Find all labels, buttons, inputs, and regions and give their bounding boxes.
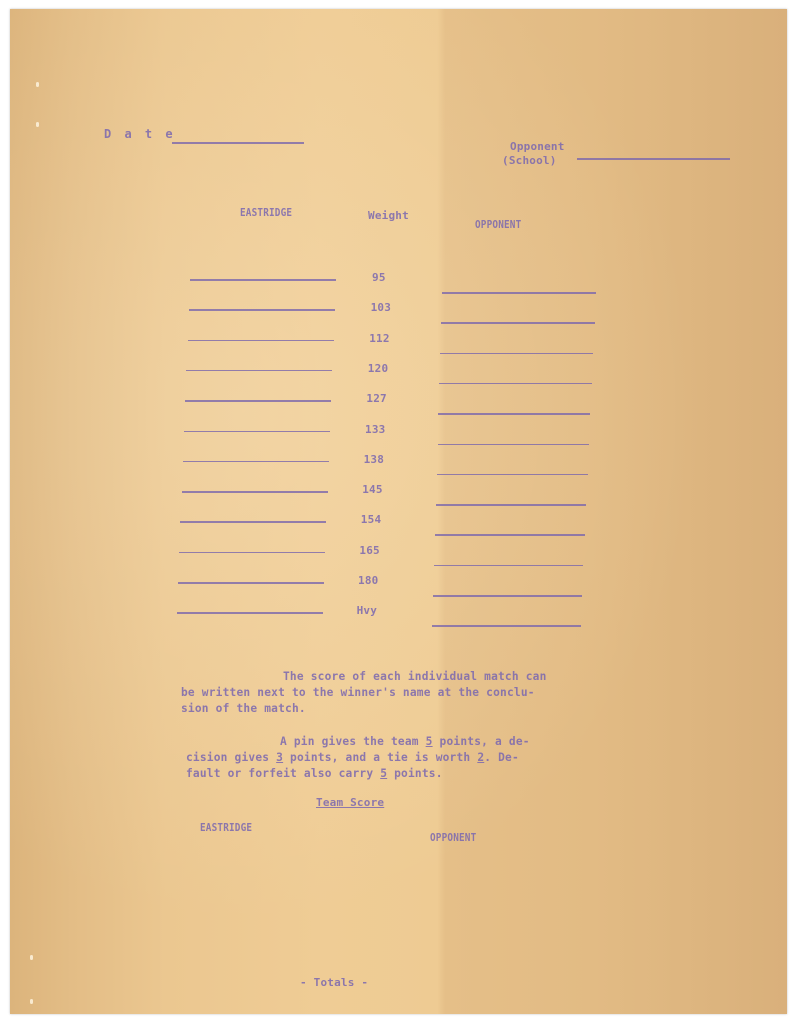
punch-hole [30,999,33,1004]
eastridge-column-header: EASTRIDGE [240,206,292,219]
opponent-wrestler-field[interactable] [441,322,595,324]
weight-class-label: 120 [368,362,388,375]
opponent-wrestler-field[interactable] [435,534,585,536]
opponent-wrestler-field[interactable] [436,504,587,506]
weight-class-label: Hvy [357,604,377,617]
weight-class-label: 112 [369,332,389,345]
opponent-wrestler-field[interactable] [434,565,584,567]
eastridge-wrestler-field[interactable] [180,521,326,523]
points-note-line-1: A pin gives the team 5 points, a de- [280,734,530,750]
team-score-title: Team Score [316,796,384,809]
weight-class-label: 103 [371,301,391,314]
opponent-column-header: OPPONENT [475,218,521,231]
weight-class-label: 138 [364,453,384,466]
team-score-eastridge-label: EASTRIDGE [200,821,252,834]
eastridge-wrestler-field[interactable] [183,461,329,463]
eastridge-wrestler-field[interactable] [188,340,334,342]
eastridge-wrestler-field[interactable] [185,400,331,402]
weight-class-label: 180 [358,574,378,587]
weight-class-label: 145 [362,483,382,496]
opponent-wrestler-field[interactable] [433,595,582,597]
opponent-wrestler-field[interactable] [442,292,596,294]
weight-class-label: 127 [366,392,386,405]
date-field[interactable] [172,142,304,144]
opponent-wrestler-field[interactable] [440,353,593,355]
score-note-line-3: sion of the match. [181,701,306,717]
points-note-line-2: cision gives 3 points, and a tie is wort… [186,750,519,766]
opponent-wrestler-field[interactable] [438,413,590,415]
opponent-wrestler-field[interactable] [432,625,581,627]
totals-label: - Totals - [300,976,368,989]
school-label: (School) [502,154,557,167]
points-note-line-3: fault or forfeit also carry 5 points. [186,766,443,782]
eastridge-wrestler-field[interactable] [178,582,324,584]
punch-hole [30,955,33,960]
pin-points-value: 5 [426,735,433,748]
eastridge-wrestler-field[interactable] [186,370,332,372]
eastridge-wrestler-field[interactable] [177,612,323,614]
punch-hole [36,82,39,87]
score-note-line-2: be written next to the winner's name at … [181,685,535,701]
eastridge-wrestler-field[interactable] [189,309,335,311]
opponent-wrestler-field[interactable] [438,444,590,446]
eastridge-wrestler-field[interactable] [184,431,330,433]
eastridge-wrestler-field[interactable] [179,552,325,554]
date-label: D a t e [104,127,176,141]
opponent-wrestler-field[interactable] [439,383,592,385]
weight-class-label: 165 [359,544,379,557]
opponent-wrestler-field[interactable] [437,474,588,476]
weight-class-label: 154 [361,513,381,526]
weight-class-label: 95 [372,271,386,284]
opponent-school-field[interactable] [577,158,730,160]
weight-column-header: Weight [368,209,409,222]
scoresheet-page [10,9,787,1014]
punch-hole [36,122,39,127]
score-note-line-1: The score of each individual match can [283,669,547,685]
weight-class-label: 133 [365,423,385,436]
opponent-label: Opponent [510,140,565,153]
eastridge-wrestler-field[interactable] [182,491,328,493]
eastridge-wrestler-field[interactable] [190,279,336,281]
team-score-opponent-label: OPPONENT [430,831,476,844]
